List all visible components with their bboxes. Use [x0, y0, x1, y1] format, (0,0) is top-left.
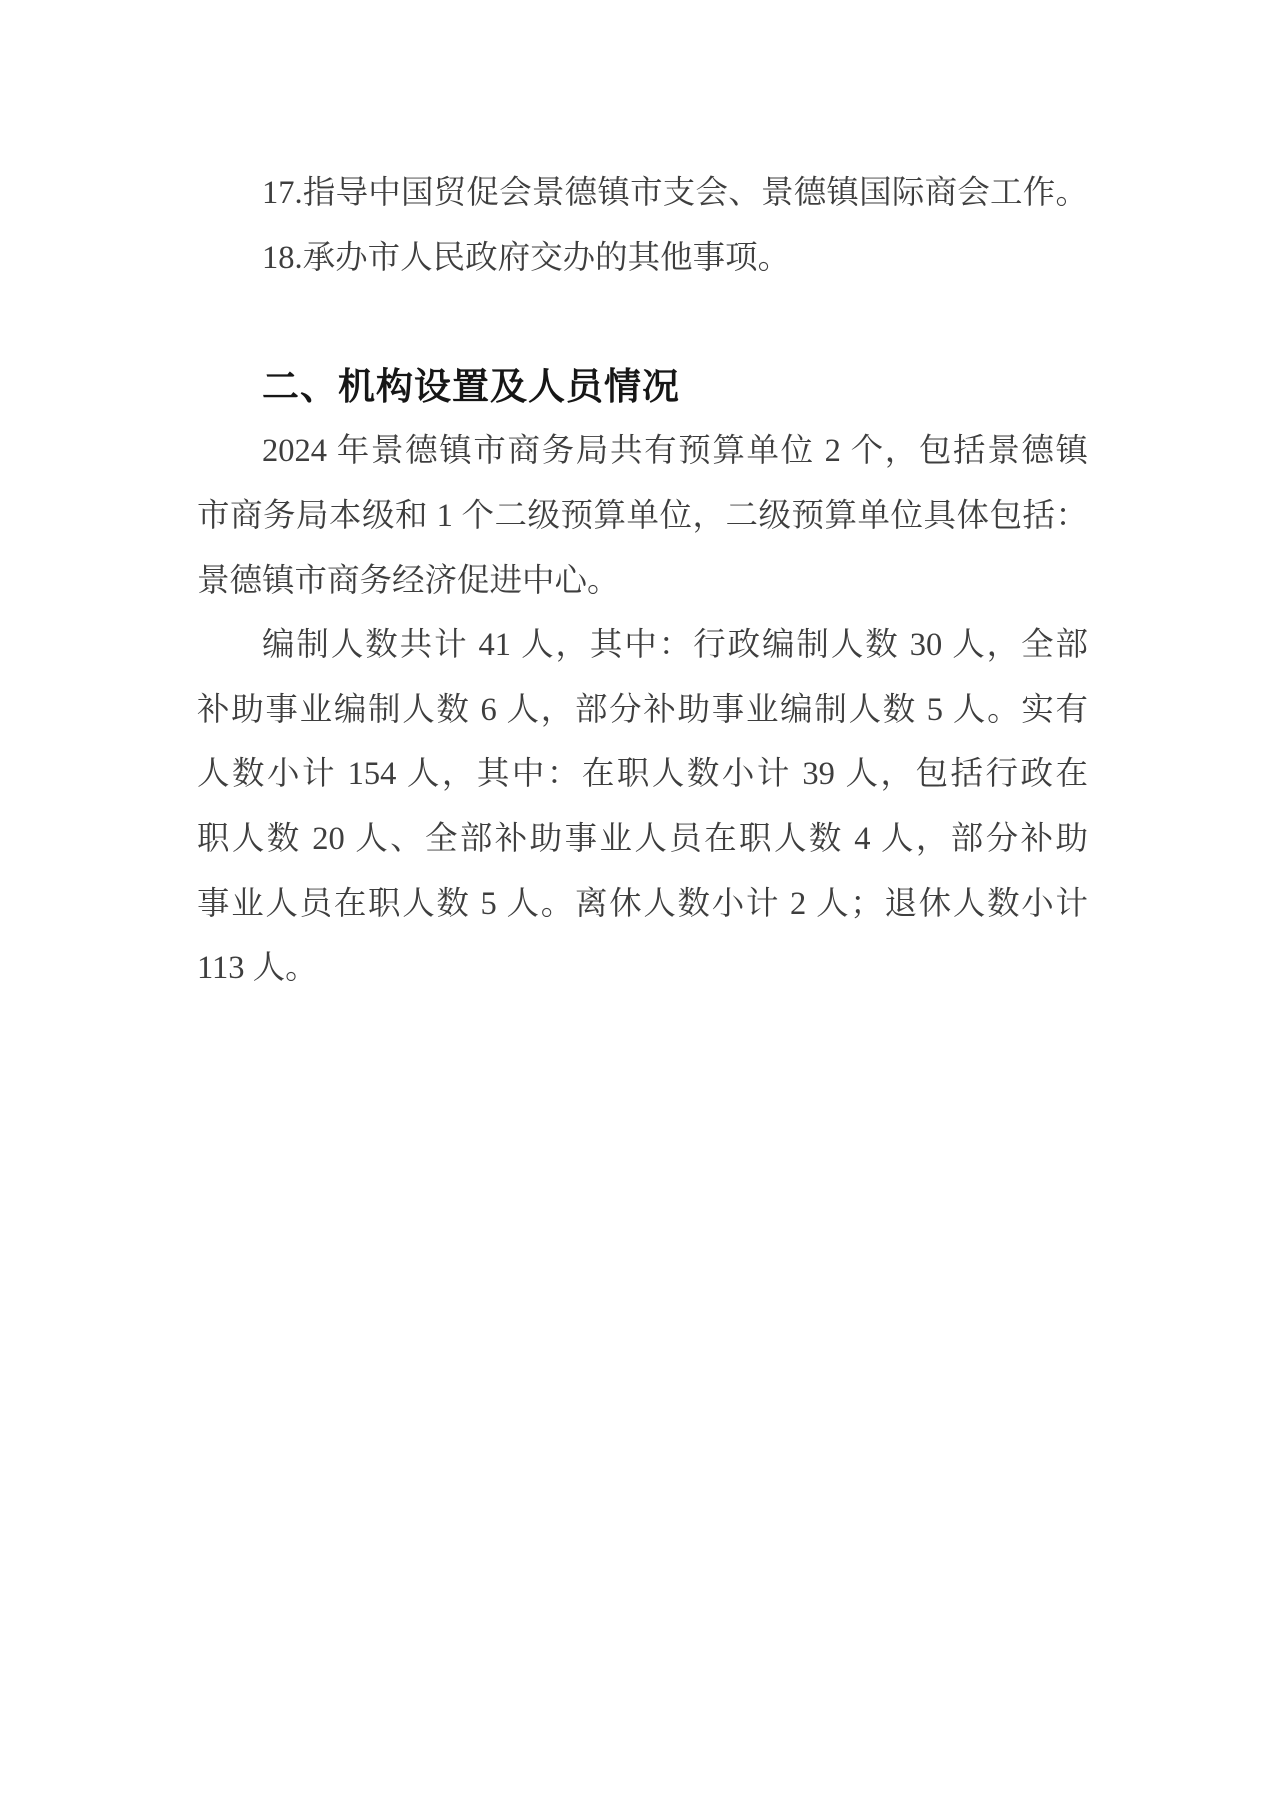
duty-item-17: 17.指导中国贸促会景德镇市支会、景德镇国际商会工作。: [197, 161, 1088, 226]
text-line: 18.承办市人民政府交办的其他事项。: [197, 226, 1088, 291]
text-line: 市商务局本级和 1 个二级预算单位，二级预算单位具体包括：: [197, 484, 1088, 549]
section-heading: 二、机构设置及人员情况: [197, 355, 1088, 420]
text-line: 景德镇市商务经济促进中心。: [197, 549, 1088, 614]
text-line: 2024 年景德镇市商务局共有预算单位 2 个，包括景德镇: [197, 419, 1088, 484]
document-body: 17.指导中国贸促会景德镇市支会、景德镇国际商会工作。 18.承办市人民政府交办…: [197, 161, 1088, 1001]
text-line: 事业人员在职人数 5 人。离休人数小计 2 人；退休人数小计: [197, 872, 1088, 937]
text-line: 人数小计 154 人，其中：在职人数小计 39 人，包括行政在: [197, 742, 1088, 807]
text-line: 职人数 20 人、全部补助事业人员在职人数 4 人，部分补助: [197, 807, 1088, 872]
document-page: 17.指导中国贸促会景德镇市支会、景德镇国际商会工作。 18.承办市人民政府交办…: [0, 0, 1280, 1811]
text-line: 17.指导中国贸促会景德镇市支会、景德镇国际商会工作。: [197, 161, 1088, 226]
text-line: 113 人。: [197, 936, 1088, 1001]
budget-units-paragraph: 2024 年景德镇市商务局共有预算单位 2 个，包括景德镇市商务局本级和 1 个…: [197, 419, 1088, 613]
text-line: 补助事业编制人数 6 人，部分补助事业编制人数 5 人。实有: [197, 678, 1088, 743]
staffing-paragraph: 编制人数共计 41 人，其中：行政编制人数 30 人，全部补助事业编制人数 6 …: [197, 613, 1088, 1001]
duty-item-18: 18.承办市人民政府交办的其他事项。: [197, 226, 1088, 291]
text-line: 编制人数共计 41 人，其中：行政编制人数 30 人，全部: [197, 613, 1088, 678]
